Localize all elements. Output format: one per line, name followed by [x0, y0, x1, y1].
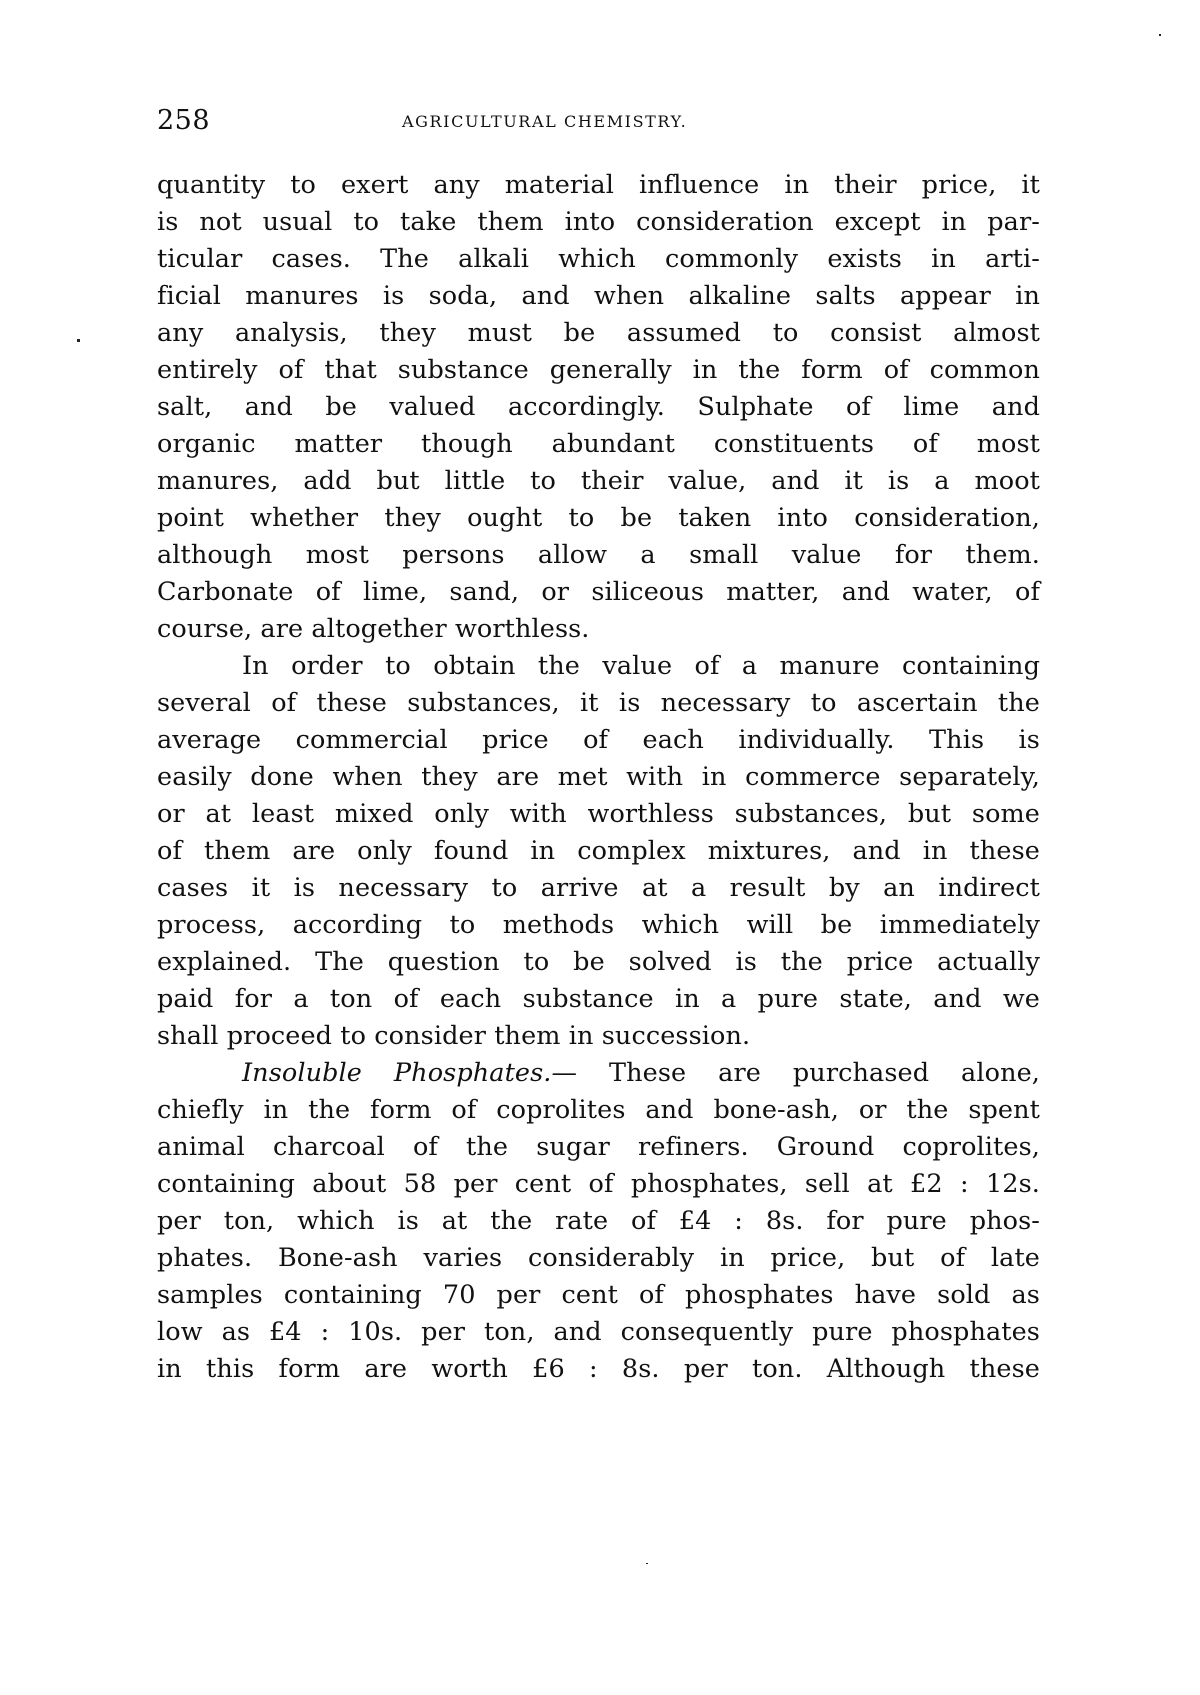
text-line: Carbonate of lime, sand, or siliceous ma… [157, 574, 1040, 611]
text-line: animal charcoal of the sugar refiners. G… [157, 1129, 1040, 1166]
running-title: AGRICULTURAL CHEMISTRY. [402, 110, 687, 134]
paragraph-end-line: shall proceed to consider them in succes… [157, 1018, 1040, 1055]
paragraph-end-line: course, are altogether worthless. [157, 611, 1040, 648]
text-line: of them are only found in complex mixtur… [157, 833, 1040, 870]
text-line: explained. The question to be solved is … [157, 944, 1040, 981]
text-line: quantity to exert any material influence… [157, 167, 1040, 204]
text-line: samples containing 70 per cent of phosph… [157, 1277, 1040, 1314]
text-line: although most persons allow a small valu… [157, 537, 1040, 574]
text-line: easily done when they are met with in co… [157, 759, 1040, 796]
text-line: manures, add but little to their value, … [157, 463, 1040, 500]
text-line: entirely of that substance generally in … [157, 352, 1040, 389]
text-line: organic matter though abundant constitue… [157, 426, 1040, 463]
running-head: 258 AGRICULTURAL CHEMISTRY. [157, 104, 1040, 138]
text-line: in this form are worth £6 : 8s. per ton.… [157, 1351, 1040, 1388]
text-line: chiefly in the form of coprolites and bo… [157, 1092, 1040, 1129]
text-line: low as £4 : 10s. per ton, and consequent… [157, 1314, 1040, 1351]
text-line: ticular cases. The alkali which commonly… [157, 241, 1040, 278]
text-line: is not usual to take them into considera… [157, 204, 1040, 241]
book-page: 258 AGRICULTURAL CHEMISTRY. quantity to … [0, 0, 1200, 1695]
section-heading: Insoluble Phosphates. [242, 1058, 552, 1088]
text-line: several of these substances, it is neces… [157, 685, 1040, 722]
scan-speck [77, 339, 80, 342]
text-line: salt, and be valued accordingly. Sulphat… [157, 389, 1040, 426]
section-heading-continuation: — These are purchased alone, [552, 1058, 1040, 1088]
text-line: point whether they ought to be taken int… [157, 500, 1040, 537]
text-line: average commercial price of each individ… [157, 722, 1040, 759]
section-heading-line: Insoluble Phosphates.— These are purchas… [157, 1055, 1040, 1092]
text-line: process, according to methods which will… [157, 907, 1040, 944]
text-line: phates. Bone-ash varies considerably in … [157, 1240, 1040, 1277]
text-line: containing about 58 per cent of phosphat… [157, 1166, 1040, 1203]
page-number: 258 [157, 104, 210, 138]
text-line: per ton, which is at the rate of £4 : 8s… [157, 1203, 1040, 1240]
scan-speck [1159, 34, 1161, 36]
body-text: quantity to exert any material influence… [157, 167, 1040, 1388]
text-line: or at least mixed only with worthless su… [157, 796, 1040, 833]
paragraph-start-line: In order to obtain the value of a manure… [157, 648, 1040, 685]
text-line: paid for a ton of each substance in a pu… [157, 981, 1040, 1018]
text-line: cases it is necessary to arrive at a res… [157, 870, 1040, 907]
text-line: ficial manures is soda, and when alkalin… [157, 278, 1040, 315]
text-line: any analysis, they must be assumed to co… [157, 315, 1040, 352]
scan-speck [646, 1563, 648, 1564]
